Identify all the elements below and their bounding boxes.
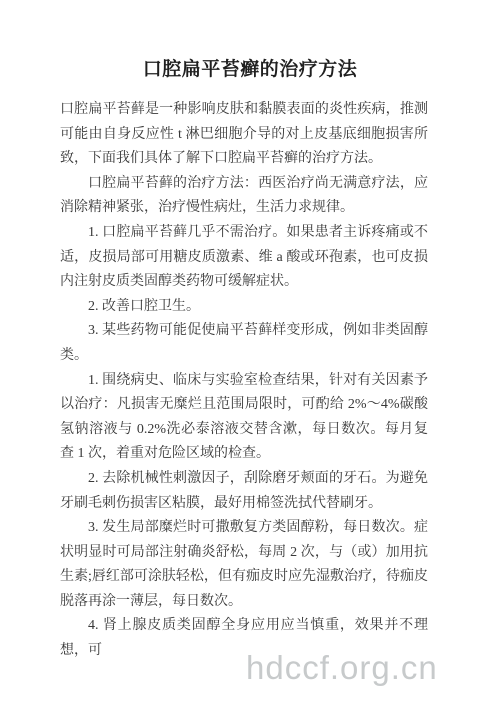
paragraph: 2. 改善口腔卫生。	[60, 295, 428, 320]
document-page: 口腔扁平苔癣的治疗方法 口腔扁平苔藓是一种影响皮肤和黏膜表面的炎性疾病，推测可能…	[0, 0, 500, 707]
page-title: 口腔扁平苔癣的治疗方法	[0, 54, 500, 81]
paragraph: 3. 某些药物可能促使扁平苔藓样变形成，例如非类固醇类。	[60, 319, 428, 368]
document-body: 口腔扁平苔藓是一种影响皮肤和黏膜表面的炎性疾病，推测可能由自身反应性 t 淋巴细…	[60, 98, 428, 664]
watermark: hdccf.org.cn	[246, 649, 438, 687]
paragraph: 口腔扁平苔藓是一种影响皮肤和黏膜表面的炎性疾病，推测可能由自身反应性 t 淋巴细…	[60, 98, 428, 172]
paragraph: 1. 口腔扁平苔藓几乎不需治疗。如果患者主诉疼痛或不适，皮损局部可用糖皮质激素、…	[60, 221, 428, 295]
paragraph: 口腔扁平苔藓的治疗方法：西医治疗尚无满意疗法，应消除精神紧张，治疗慢性病灶，生活…	[60, 172, 428, 221]
paragraph: 1. 围绕病史、临床与实验室检查结果，针对有关因素予以治疗：凡损害无糜烂且范围局…	[60, 369, 428, 467]
paragraph: 3. 发生局部糜烂时可撒敷复方类固醇粉，每日数次。症状明显时可局部注射确炎舒松，…	[60, 516, 428, 614]
paragraph: 2. 去除机械性刺激因子，刮除磨牙颊面的牙石。为避免牙刷毛刺伤损害区粘膜，最好用…	[60, 467, 428, 516]
